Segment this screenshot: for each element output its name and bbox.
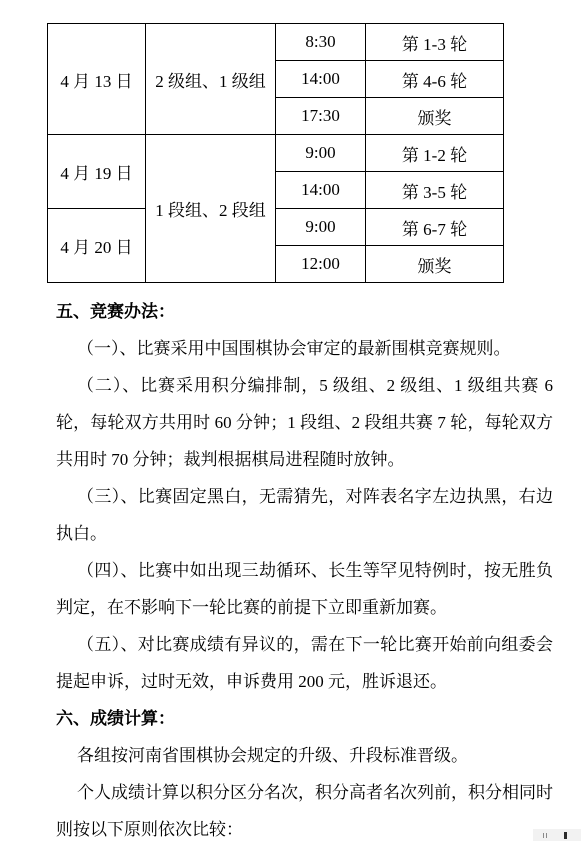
scrollbar-grip-mark	[546, 833, 547, 838]
section5-paragraph-5: （五）、对比赛成绩有异议的，需在下一轮比赛开始前向组委会提起申诉，过时无效，申诉…	[56, 626, 553, 700]
time-cell: 12:00	[276, 246, 366, 283]
scrollbar-thumb-mark	[564, 832, 567, 839]
document-body: 五、竞赛办法： （一）、比赛采用中国围棋协会审定的最新围棋竞赛规则。 （二）、比…	[56, 293, 553, 841]
section5-paragraph-4: （四）、比赛中如出现三劫循环、长生等罕见特例时，按无胜负判定，在不影响下一轮比赛…	[56, 552, 553, 626]
section5-paragraph-3: （三）、比赛固定黑白，无需猜先，对阵表名字左边执黑，右边执白。	[56, 478, 553, 552]
event-cell: 颁奖	[366, 246, 504, 283]
document-page: 4 月 13 日 2 级组、1 级组 8:30 第 1-3 轮 14:00 第 …	[0, 0, 581, 841]
date-cell: 4 月 13 日	[48, 24, 146, 135]
scrollbar-grip-mark	[543, 833, 544, 838]
group-cell: 1 段组、2 段组	[146, 135, 276, 283]
date-cell: 4 月 19 日	[48, 135, 146, 209]
section5-paragraph-2: （二）、比赛采用积分编排制，5 级组、2 级组、1 级组共赛 6 轮，每轮双方共…	[56, 367, 553, 478]
schedule-table: 4 月 13 日 2 级组、1 级组 8:30 第 1-3 轮 14:00 第 …	[47, 23, 504, 283]
event-cell: 第 4-6 轮	[366, 61, 504, 98]
time-cell: 17:30	[276, 98, 366, 135]
event-cell: 第 1-3 轮	[366, 24, 504, 61]
table-row: 4 月 19 日 1 段组、2 段组 9:00 第 1-2 轮	[48, 135, 504, 172]
event-cell: 第 3-5 轮	[366, 172, 504, 209]
time-cell: 14:00	[276, 172, 366, 209]
time-cell: 9:00	[276, 135, 366, 172]
schedule-table-container: 4 月 13 日 2 级组、1 级组 8:30 第 1-3 轮 14:00 第 …	[47, 23, 504, 283]
group-cell: 2 级组、1 级组	[146, 24, 276, 135]
table-row: 4 月 20 日 9:00 第 6-7 轮	[48, 209, 504, 246]
event-cell: 第 1-2 轮	[366, 135, 504, 172]
date-cell: 4 月 20 日	[48, 209, 146, 283]
event-cell: 第 6-7 轮	[366, 209, 504, 246]
time-cell: 8:30	[276, 24, 366, 61]
table-row: 4 月 13 日 2 级组、1 级组 8:30 第 1-3 轮	[48, 24, 504, 61]
section6-paragraph-2: 个人成绩计算以积分区分名次，积分高者名次列前，积分相同时则按以下原则依次比较：	[56, 774, 553, 841]
event-cell: 颁奖	[366, 98, 504, 135]
section6-heading: 六、成绩计算：	[56, 700, 553, 737]
section5-paragraph-1: （一）、比赛采用中国围棋协会审定的最新围棋竞赛规则。	[56, 330, 553, 367]
section5-heading: 五、竞赛办法：	[56, 293, 553, 330]
section6-paragraph-1: 各组按河南省围棋协会规定的升级、升段标准晋级。	[56, 737, 553, 774]
scrollbar-fragment[interactable]	[533, 829, 581, 841]
time-cell: 14:00	[276, 61, 366, 98]
time-cell: 9:00	[276, 209, 366, 246]
